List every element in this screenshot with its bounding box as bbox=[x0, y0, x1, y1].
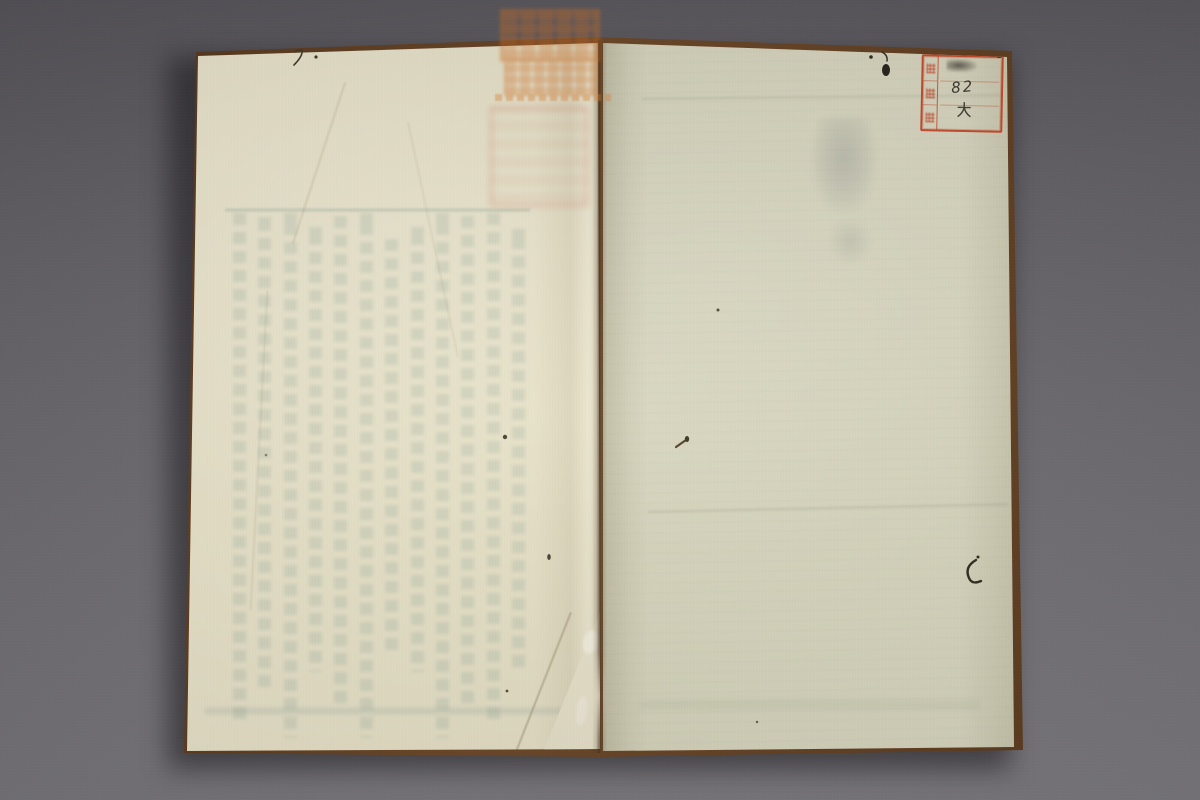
bleedthrough-smear bbox=[640, 700, 980, 710]
bleedthrough-column bbox=[512, 227, 525, 672]
bleedthrough-smear bbox=[205, 708, 565, 714]
bleedthrough-column bbox=[334, 213, 347, 706]
spine-gutter bbox=[592, 40, 607, 753]
stamp-printed-column bbox=[922, 56, 939, 129]
ink-stain bbox=[812, 118, 876, 214]
bleedthrough-frame-line bbox=[225, 209, 530, 211]
ink-stain bbox=[827, 216, 873, 266]
photo-of-open-antique-book: 82 9 bbox=[0, 0, 1200, 800]
right-page-edge-shading bbox=[960, 50, 1016, 752]
stamp-column-cell bbox=[923, 81, 938, 106]
watermark-seal-block bbox=[504, 58, 598, 96]
stamp-column-cell bbox=[922, 106, 936, 130]
stamp-main-area: 82 9 bbox=[937, 57, 1002, 131]
right-page-spine-shading bbox=[600, 40, 648, 752]
red-glyph bbox=[925, 112, 934, 122]
bleedthrough-column bbox=[284, 213, 297, 738]
bleedthrough-column bbox=[487, 213, 500, 722]
watermark-seal-block bbox=[500, 9, 600, 62]
red-glyph bbox=[925, 88, 934, 98]
handwritten-smudge bbox=[946, 59, 976, 73]
bleedthrough-column bbox=[360, 213, 373, 738]
bleedthrough-column bbox=[233, 213, 246, 722]
bleedthrough-text bbox=[233, 213, 525, 743]
accession-stamp: 82 9 bbox=[920, 54, 1004, 133]
red-glyph bbox=[926, 63, 935, 73]
watermark-text-row bbox=[495, 94, 611, 101]
library-watermark bbox=[494, 6, 612, 98]
bleedthrough-column bbox=[411, 227, 424, 672]
paper-texture bbox=[603, 43, 1015, 751]
bleedthrough-column bbox=[385, 239, 398, 652]
bleedthrough-column bbox=[461, 213, 474, 706]
bleedthrough-red-seal bbox=[489, 106, 589, 208]
stamp-column-cell bbox=[923, 56, 938, 81]
bleedthrough-column bbox=[309, 227, 322, 672]
dai-character bbox=[955, 101, 972, 118]
bleedthrough-column bbox=[258, 213, 271, 690]
stamp-number: 82 bbox=[950, 77, 975, 97]
